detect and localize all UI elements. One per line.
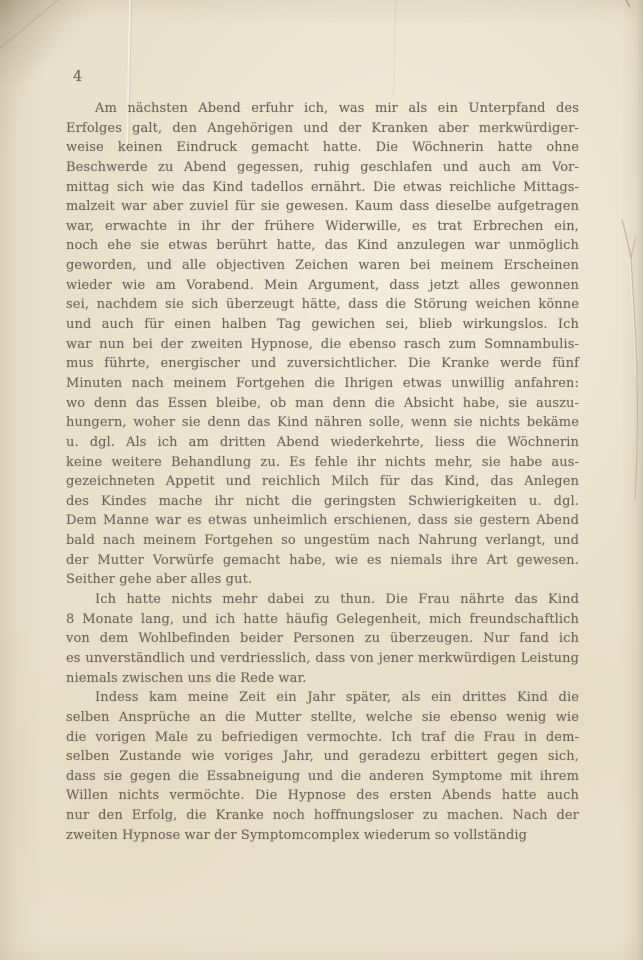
text-line: u. dgl. Als ich am dritten Abend wiederk…: [66, 433, 579, 453]
text-line: Seither gehe aber alles gut.: [66, 570, 579, 590]
text-line: mus führte, energischer und zuversichtli…: [66, 354, 579, 374]
text-line: und auch für einen halben Tag gewichen s…: [66, 315, 579, 335]
text-line: Minuten nach meinem Fortgehen die Ihrige…: [66, 374, 579, 394]
text-line: noch ehe sie etwas berührt hatte, das Ki…: [66, 236, 579, 256]
text-line: malzeit war aber zuviel für sie gewesen.…: [66, 197, 579, 217]
crease-highlight-line: [630, 258, 636, 375]
text-line: sei, nachdem sie sich überzeugt hätte, d…: [66, 295, 579, 315]
paper-speck: [626, 0, 630, 7]
page-text: Am nächsten Abend erfuhr ich, was mir al…: [66, 99, 579, 845]
text-line: Willen nichts vermöchte. Die Hypnose des…: [66, 786, 579, 806]
text-line: nur den Erfolg, die Kranke noch hoffnung…: [66, 806, 579, 826]
text-line: gezeichneten Appetit und reichlich Milch…: [66, 472, 579, 492]
text-line: dass sie gegen die Essabneigung und die …: [66, 767, 579, 787]
text-line: es unverständlich und verdriesslich, das…: [66, 649, 579, 669]
text-line: Am nächsten Abend erfuhr ich, was mir al…: [66, 99, 579, 119]
text-line: von dem Wohlbefinden beider Personen zu …: [66, 629, 579, 649]
text-line: Erfolges galt, den Angehörigen und der K…: [66, 119, 579, 139]
text-line: keine weitere Behandlung zu. Es fehle ih…: [66, 453, 579, 473]
corner-fold-line: [0, 0, 58, 48]
crease-line: [631, 237, 636, 258]
text-line: wo denn das Essen bleibe, ob man denn di…: [66, 394, 579, 414]
text-line: niemals zwischen uns die Rede war.: [66, 669, 579, 689]
text-line: selben Ansprüche an die Mutter stellte, …: [66, 708, 579, 728]
text-line: Beschwerde zu Abend gegessen, ruhig gesc…: [66, 158, 579, 178]
text-line: 8 Monate lang, und ich hatte häufig Gele…: [66, 610, 579, 630]
text-line: zweiten Hypnose war der Symptomcomplex w…: [66, 826, 579, 846]
text-line: Dem Manne war es etwas unheimlich erschi…: [66, 511, 579, 531]
text-line: weise keinen Eindruck gemacht hatte. Die…: [66, 138, 579, 158]
text-line: Indess kam meine Zeit ein Jahr später, a…: [66, 688, 579, 708]
text-line: die vorigen Male zu befriedigen vermocht…: [66, 728, 579, 748]
text-line: geworden, und alle objectiven Zeichen wa…: [66, 256, 579, 276]
text-line: war nun bei der zweiten Hypnose, die ebe…: [66, 335, 579, 355]
page-number: 4: [73, 69, 82, 85]
crease-line: [631, 258, 637, 500]
crease-line: [622, 219, 631, 258]
text-line: des Kindes mache ihr nicht die geringste…: [66, 492, 579, 512]
text-line: hungern, woher sie denn das Kind nähren …: [66, 413, 579, 433]
text-line: selben Zustande wie voriges Jahr, und ge…: [66, 747, 579, 767]
scanned-page: 4 Am nächsten Abend erfuhr ich, was mir …: [0, 0, 643, 960]
text-line: Ich hatte nichts mehr dabei zu thun. Die…: [66, 590, 579, 610]
text-line: der Mutter Vorwürfe gemacht habe, wie es…: [66, 551, 579, 571]
text-line: bald nach meinem Fortgehen so ungestüm n…: [66, 531, 579, 551]
crease-line: [393, 0, 396, 98]
text-line: mittag sich wie das Kind tadellos ernähr…: [66, 178, 579, 198]
text-line: war, erwachte in ihr der frühere Widerwi…: [66, 217, 579, 237]
text-line: wieder wie am Vorabend. Mein Argument, d…: [66, 276, 579, 296]
